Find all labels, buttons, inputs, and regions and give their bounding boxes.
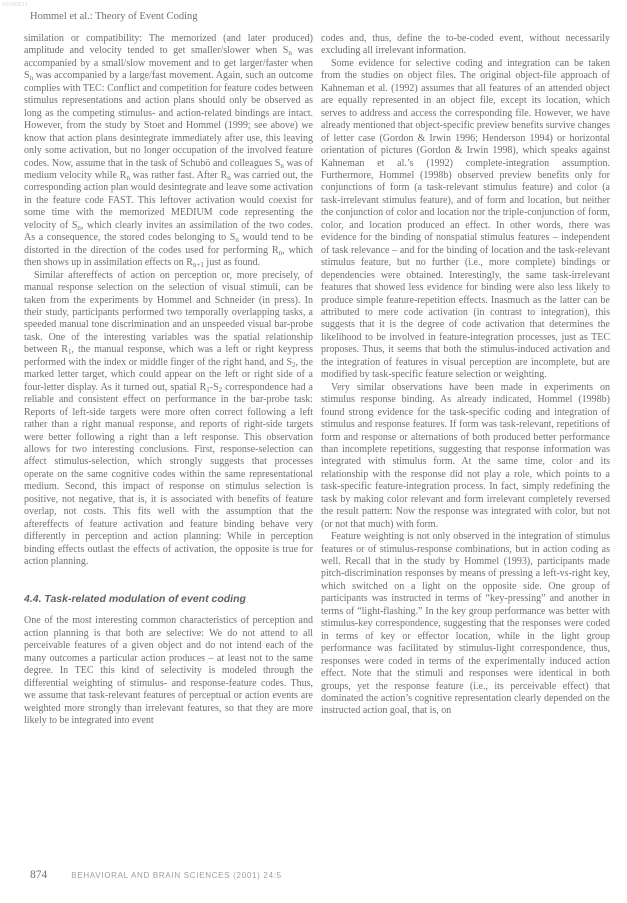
paragraph: Similar aftereffects of action on percep… — [24, 270, 313, 569]
paragraph: similation or compatibility: The memoriz… — [24, 33, 313, 270]
journal-page: 00090831 Hommel et al.: Theory of Event … — [0, 0, 627, 903]
right-column: codes and, thus, define the to-be-coded … — [321, 33, 610, 728]
paragraph: codes and, thus, define the to-be-coded … — [321, 33, 610, 58]
scan-watermark: 00090831 — [2, 2, 28, 8]
section-heading: 4.4. Task-related modulation of event co… — [24, 593, 313, 605]
journal-citation: BEHAVIORAL AND BRAIN SCIENCES (2001) 24:… — [71, 871, 282, 880]
page-footer: 874 BEHAVIORAL AND BRAIN SCIENCES (2001)… — [30, 869, 282, 881]
left-column: similation or compatibility: The memoriz… — [24, 33, 313, 728]
paragraph: Some evidence for selective coding and i… — [321, 58, 610, 382]
two-column-body: similation or compatibility: The memoriz… — [24, 33, 610, 728]
running-head: Hommel et al.: Theory of Event Coding — [30, 11, 197, 22]
page-number: 874 — [30, 869, 47, 881]
paragraph: Very similar observations have been made… — [321, 382, 610, 531]
paragraph: One of the most interesting common chara… — [24, 615, 313, 727]
paragraph: Feature weighting is not only observed i… — [321, 531, 610, 718]
